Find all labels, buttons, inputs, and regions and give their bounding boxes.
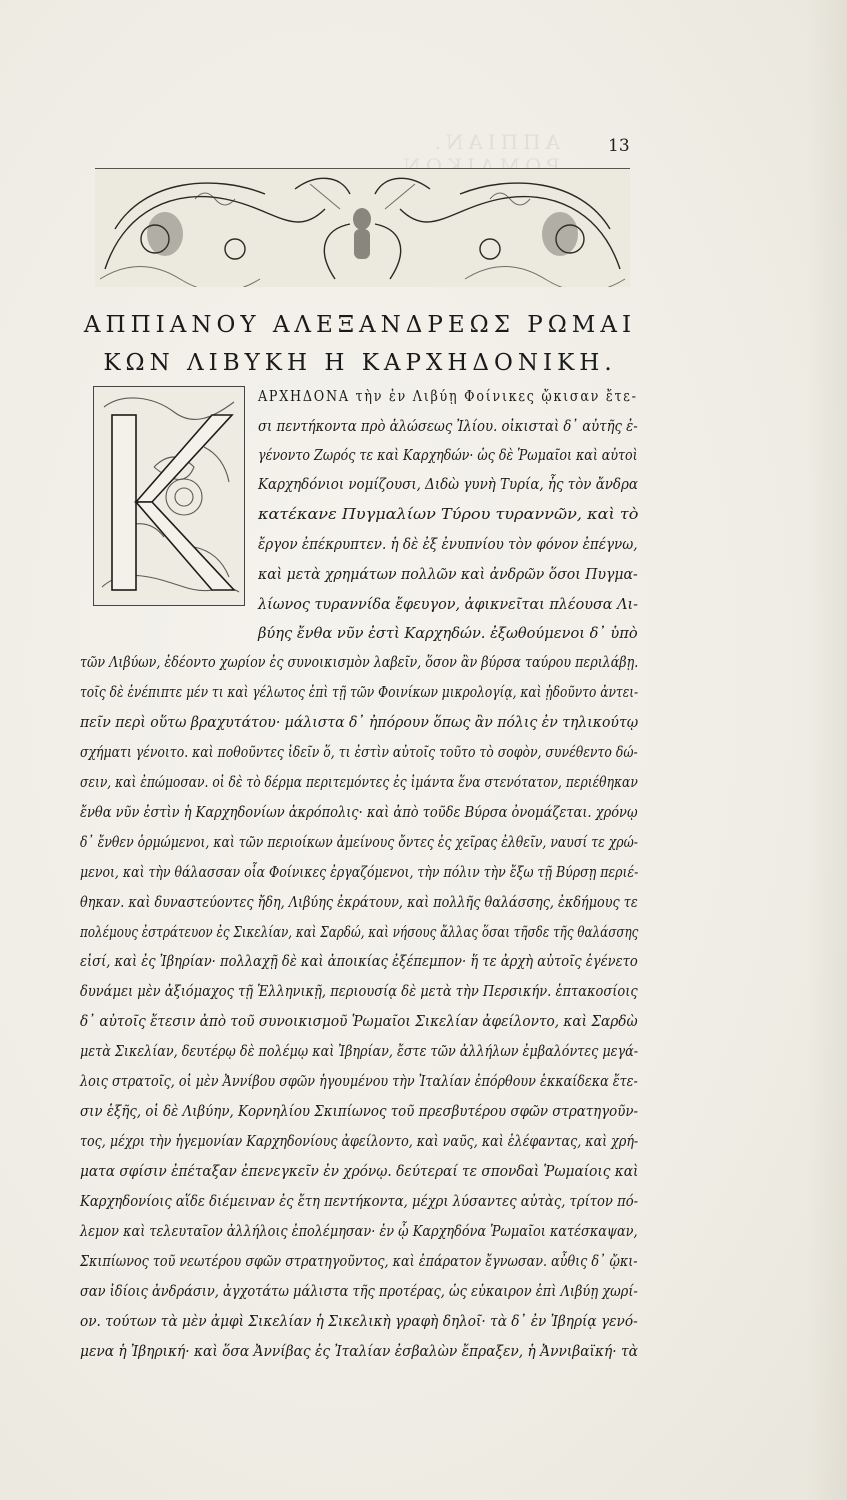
body-line: λίωνος τυραννίδα ἔφευγον, ἀφικνεῖται πλέ… xyxy=(258,598,638,613)
body-line: βύης ἔνθα νῦν ἐστὶ Καρχηδών. ἐξωθούμενοι… xyxy=(258,627,638,642)
body-line: εἰσί, καὶ ἐς Ἰβηρίαν· πολλαχῇ δὲ καὶ ἀπο… xyxy=(80,955,638,970)
body-line: δ᾽ αὐτοῖς ἔτεσιν ἀπὸ τοῦ συνοικισμοῦ Ῥωμ… xyxy=(80,1015,638,1030)
body-line: κατέκανε Πυγμαλίων Τύρου τυραννῶν, καὶ τ… xyxy=(258,508,638,523)
body-line: τοῖς δὲ ἐνέπιπτε μέν τι καὶ γέλωτος ἐπὶ … xyxy=(80,686,638,701)
title-line-1: ΑΠΠΙΑΝΟΥ ΑΛΕΞΑΝΔΡΕΩΣ ΡΩΜΑΙ xyxy=(80,312,640,338)
body-line: Καρχηδονίοις αἵδε διέμειναν ἐς ἔτη πεντή… xyxy=(80,1195,638,1210)
body-line: σι πεντήκοντα πρὸ ἁλώσεως Ἰλίου. οἰκιστα… xyxy=(258,420,638,435)
decorated-initial-k-icon xyxy=(93,386,245,606)
body-line: πολέμους ἐστράτευον ἐς Σικελίαν, καὶ Σαρ… xyxy=(80,926,638,941)
body-line: σχήματι γένοιτο. καὶ ποθοῦντες ἰδεῖν ὅ, … xyxy=(80,746,638,761)
body-line: ον. τούτων τὰ μὲν ἀμφὶ Σικελίαν ἡ Σικελι… xyxy=(80,1315,638,1330)
body-line: δ᾽ ἔνθεν ὁρμώμενοι, καὶ τῶν περιοίκων ἀμ… xyxy=(80,836,638,851)
body-line: θηκαν. καὶ δυναστεύοντες ἤδη, Λιβύης ἐκρ… xyxy=(80,896,638,911)
title-line-2: ΚΩΝ ΛΙΒΥΚΗ Η ΚΑΡΧΗΔΟΝΙΚΗ. xyxy=(80,350,640,376)
body-line: καὶ μετὰ χρημάτων πολλῶν καὶ ἀνδρῶν ὅσοι… xyxy=(258,568,638,583)
body-line: ἔνθα νῦν ἐστὶν ἡ Καρχηδονίων ἀκρόπολις· … xyxy=(80,806,638,821)
body-line: ματα σφίσιν ἐπέταξαν ἐπενεγκεῖν ἐν χρόνῳ… xyxy=(80,1165,638,1180)
body-line: Σκιπίωνος τοῦ νεωτέρου σφῶν στρατηγοῦντο… xyxy=(80,1255,638,1270)
body-line: σειν, καὶ ἐπώμοσαν. οἱ δὲ τὸ δέρμα περιτ… xyxy=(80,776,638,791)
page-edge-shadow xyxy=(807,0,847,1500)
body-line: πεῖν περὶ οὕτω βραχυτάτου· μάλιστα δ᾽ ἠπ… xyxy=(80,716,638,731)
body-line: ἔργον ἐπέκρυπτεν. ἡ δὲ ἐξ ἐνυπνίου τὸν φ… xyxy=(258,538,638,553)
body-line: τῶν Λιβύων, ἐδέοντο χωρίον ἐς συνοικισμὸ… xyxy=(80,656,638,671)
book-page: ΑΠΠΙΑΝ. ΡΩΜΑΙΚΩΝ 13 xyxy=(0,0,847,1500)
body-line: τος, μέχρι τὴν ἡγεμονίαν Καρχηδονίους ἀφ… xyxy=(80,1135,638,1150)
body-line: μετὰ Σικελίαν, δευτέρῳ δὲ πολέμῳ καὶ Ἰβη… xyxy=(80,1045,638,1060)
body-line: μενοι, καὶ τὴν θάλασσαν οἷα Φοίνικες ἐργ… xyxy=(80,866,638,881)
ornamental-headpiece-icon xyxy=(95,168,630,287)
body-line: σαν ἰδίοις ἀνδράσιν, ἀγχοτάτω μάλιστα τῆ… xyxy=(80,1285,638,1300)
show-through-text: ΑΠΠΙΑΝ. ΡΩΜΑΙΚΩΝ xyxy=(300,130,560,154)
body-line: μενα ἡ Ἰβηρική· καὶ ὅσα Ἀννίβας ἐς Ἰταλί… xyxy=(80,1345,638,1360)
body-line: λοις στρατοῖς, οἱ μὲν Ἀννίβου σφῶν ἡγουμ… xyxy=(80,1075,638,1090)
body-line: Καρχηδόνιοι νομίζουσι, Διδὼ γυνὴ Τυρία, … xyxy=(258,478,638,493)
body-line: ΑΡΧΗΔΟΝΑ τὴν ἐν Λιβύῃ Φοίνικες ᾤκισαν ἔτ… xyxy=(258,390,638,405)
body-line: δυνάμει μὲν ἀξιόμαχος τῇ Ἑλληνικῇ, περιο… xyxy=(80,985,638,1000)
body-line: σιν ἑξῆς, οἱ δὲ Λιβύην, Κορνηλίου Σκιπίω… xyxy=(80,1105,638,1120)
body-line: λεμον καὶ τελευταῖον ἀλλήλοις ἐπολέμησαν… xyxy=(80,1225,638,1240)
body-line: γένοντο Ζωρός τε καὶ Καρχηδών· ὡς δὲ Ῥωμ… xyxy=(258,449,638,464)
folio-number: 13 xyxy=(608,136,630,156)
